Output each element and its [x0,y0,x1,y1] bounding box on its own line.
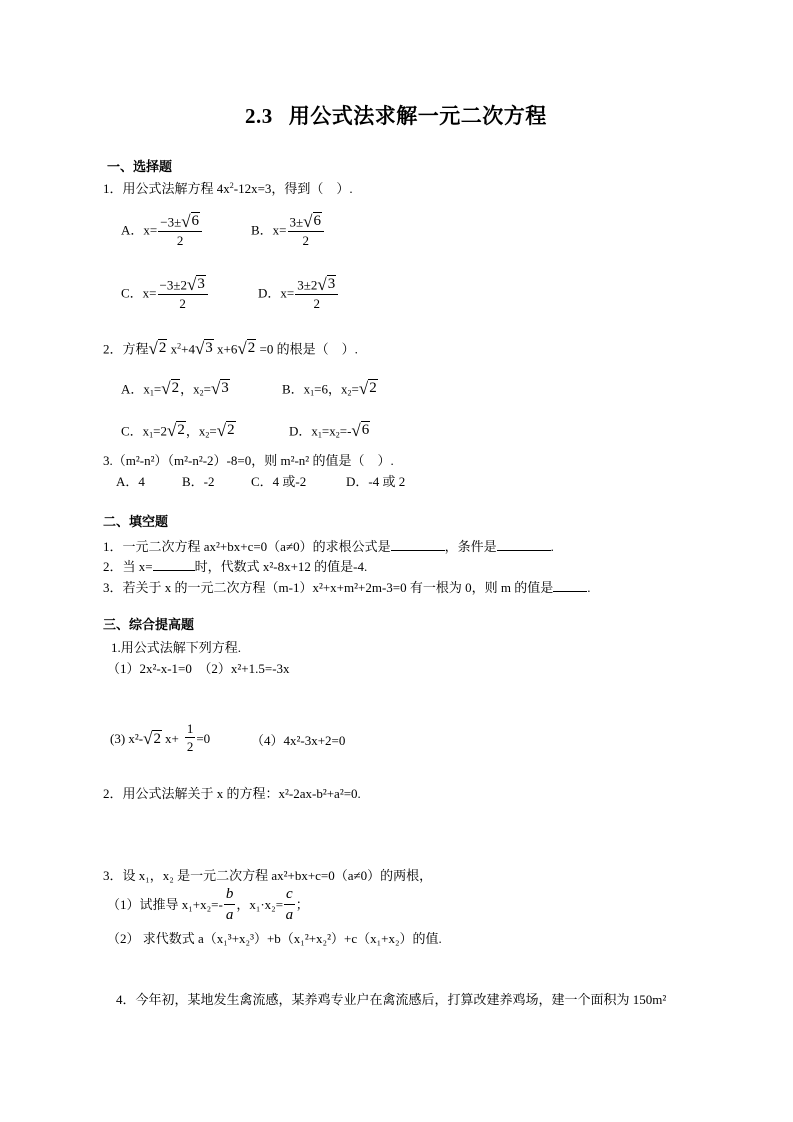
q2-option-d: D．x1=x2=-√6 [289,421,370,439]
title-text: 用公式法求解一元二次方程 [289,104,547,128]
q3-option-a: A．4 [116,475,145,488]
answer-blank[interactable] [153,558,195,571]
q3-stem: 3.（m²-n²）（m²-n²-2）-8=0，则 m²-n² 的值是（ ）. [103,454,394,467]
q3-option-c: C．4 或-2 [251,475,306,488]
q1-option-d: D．x=3±2√32 [258,275,339,311]
comp-q1-part-3: (3) x²-√2x+12=0 [110,722,210,755]
q1-stem: 1．用公式法解方程 4x2-12x=3，得到（ ）. [103,182,353,195]
fill-q1: 1．一元二次方程 ax²+bx+c=0（a≠0）的求根公式是，条件是. [103,538,554,553]
q1-option-a: A．x=−3±√62 [121,212,203,248]
comp-q4: 4．今年初，某地发生禽流感，某养鸡专业户在禽流感后，打算改建养鸡场，建一个面积为… [116,993,666,1006]
comp-q1-stem: 1.用公式法解下列方程. [111,641,241,654]
comp-q3-part-2: （2） 求代数式 a（x₁³+x₂³）+b（x₁²+x₂²）+c（x₁+x₂）的… [107,932,442,945]
comp-q2: 2．用公式法解关于 x 的方程：x²-2ax-b²+a²=0. [103,787,361,800]
q1-option-c: C．x=−3±2√32 [121,275,209,311]
fill-q2: 2．当 x=时，代数式 x²-8x+12 的值是-4. [103,558,367,573]
q2-option-b: B．x1=6，x2=√2 [282,379,378,397]
q1-option-b: B．x=3±√62 [251,212,325,248]
comp-q1-parts-1-2: （1）2x²-x-1=0 （2）x²+1.5=-3x [107,662,290,675]
section-heading-choice: 一、选择题 [107,161,172,174]
comp-q3-stem: 3．设 x₁，x₂ 是一元二次方程 ax²+bx+c=0（a≠0）的两根， [103,869,432,882]
fill-q3: 3．若关于 x 的一元二次方程（m-1）x²+x+m²+2m-3=0 有一根为 … [103,579,590,594]
q2-option-c: C．x1=2√2，x2=√2 [121,421,236,439]
section-heading-comprehensive: 三、综合提高题 [103,619,194,632]
section-heading-fill: 二、填空题 [103,516,168,529]
answer-blank[interactable] [553,579,587,592]
page-title: 2.3用公式法求解一元二次方程 [245,106,547,127]
answer-blank[interactable] [391,538,445,551]
comp-q1-part-4: （4）4x²-3x+2=0 [251,734,345,747]
answer-blank[interactable] [497,538,551,551]
title-number: 2.3 [245,104,273,128]
q2-option-a: A．x1=√2，x2=√3 [121,379,230,397]
q3-option-d: D．-4 或 2 [346,475,405,488]
q3-option-b: B．-2 [182,475,215,488]
q2-stem: 2．方程√2 x2+4√3 x+6√2 =0 的根是（ ）. [103,339,358,357]
comp-q3-part-1: （1）试推导 x₁+x₂=-ba，x₁·x₂=ca； [107,886,309,923]
